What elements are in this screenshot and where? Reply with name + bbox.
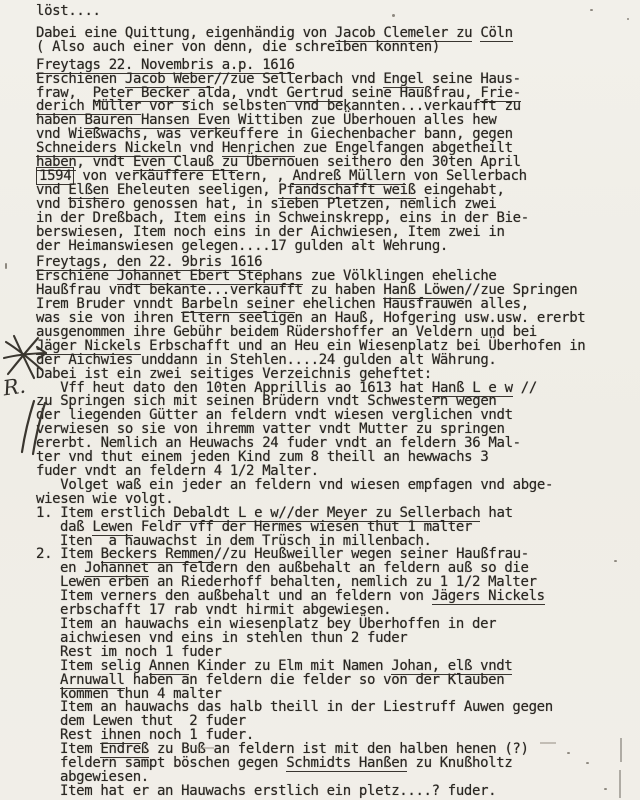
paper-speck xyxy=(586,762,589,764)
text-run: hat xyxy=(480,505,512,521)
paper-speck xyxy=(590,9,593,11)
paper-speck xyxy=(5,263,7,269)
paper-speck xyxy=(604,788,607,790)
double-slash-icon xyxy=(18,398,52,456)
scan-edge-artifact xyxy=(619,770,621,798)
document-line: der Heimanswiesen gelegen....17 gulden a… xyxy=(36,240,632,254)
scan-noise xyxy=(540,742,556,744)
underlined-text: Schmidts Hanßen xyxy=(286,755,407,772)
paper-speck xyxy=(627,18,629,20)
underlined-text: Jägers Nickels xyxy=(432,588,545,605)
document-line: ( Also auch einer von denn, die schreibe… xyxy=(36,41,632,55)
text-run: ( Also auch einer von denn, die schreibe… xyxy=(36,39,440,55)
text-run: zu Knußholtz xyxy=(407,755,512,771)
scanned-document-page: löst....Dabei eine Quittung, eigenhändig… xyxy=(0,0,640,800)
paper-speck xyxy=(614,560,617,562)
underlined-text: Cöln xyxy=(480,25,512,42)
text-run: // xyxy=(513,380,537,396)
r-initial-mark: R. xyxy=(1,374,27,401)
scan-edge-artifact xyxy=(620,738,622,762)
margin-annotations: R. xyxy=(0,0,70,800)
document-body: löst....Dabei eine Quittung, eigenhändig… xyxy=(36,5,632,799)
text-run: der Heimanswiesen gelegen....17 gulden a… xyxy=(36,238,448,254)
paper-speck xyxy=(567,752,570,754)
document-line: Item hat er an Hauwachs erstlich ein ple… xyxy=(36,785,632,799)
document-line: löst.... xyxy=(36,5,632,19)
text-run: Item hat er an Hauwachs erstlich ein ple… xyxy=(60,783,496,799)
scan-noise xyxy=(196,747,214,749)
paper-speck xyxy=(392,14,395,17)
